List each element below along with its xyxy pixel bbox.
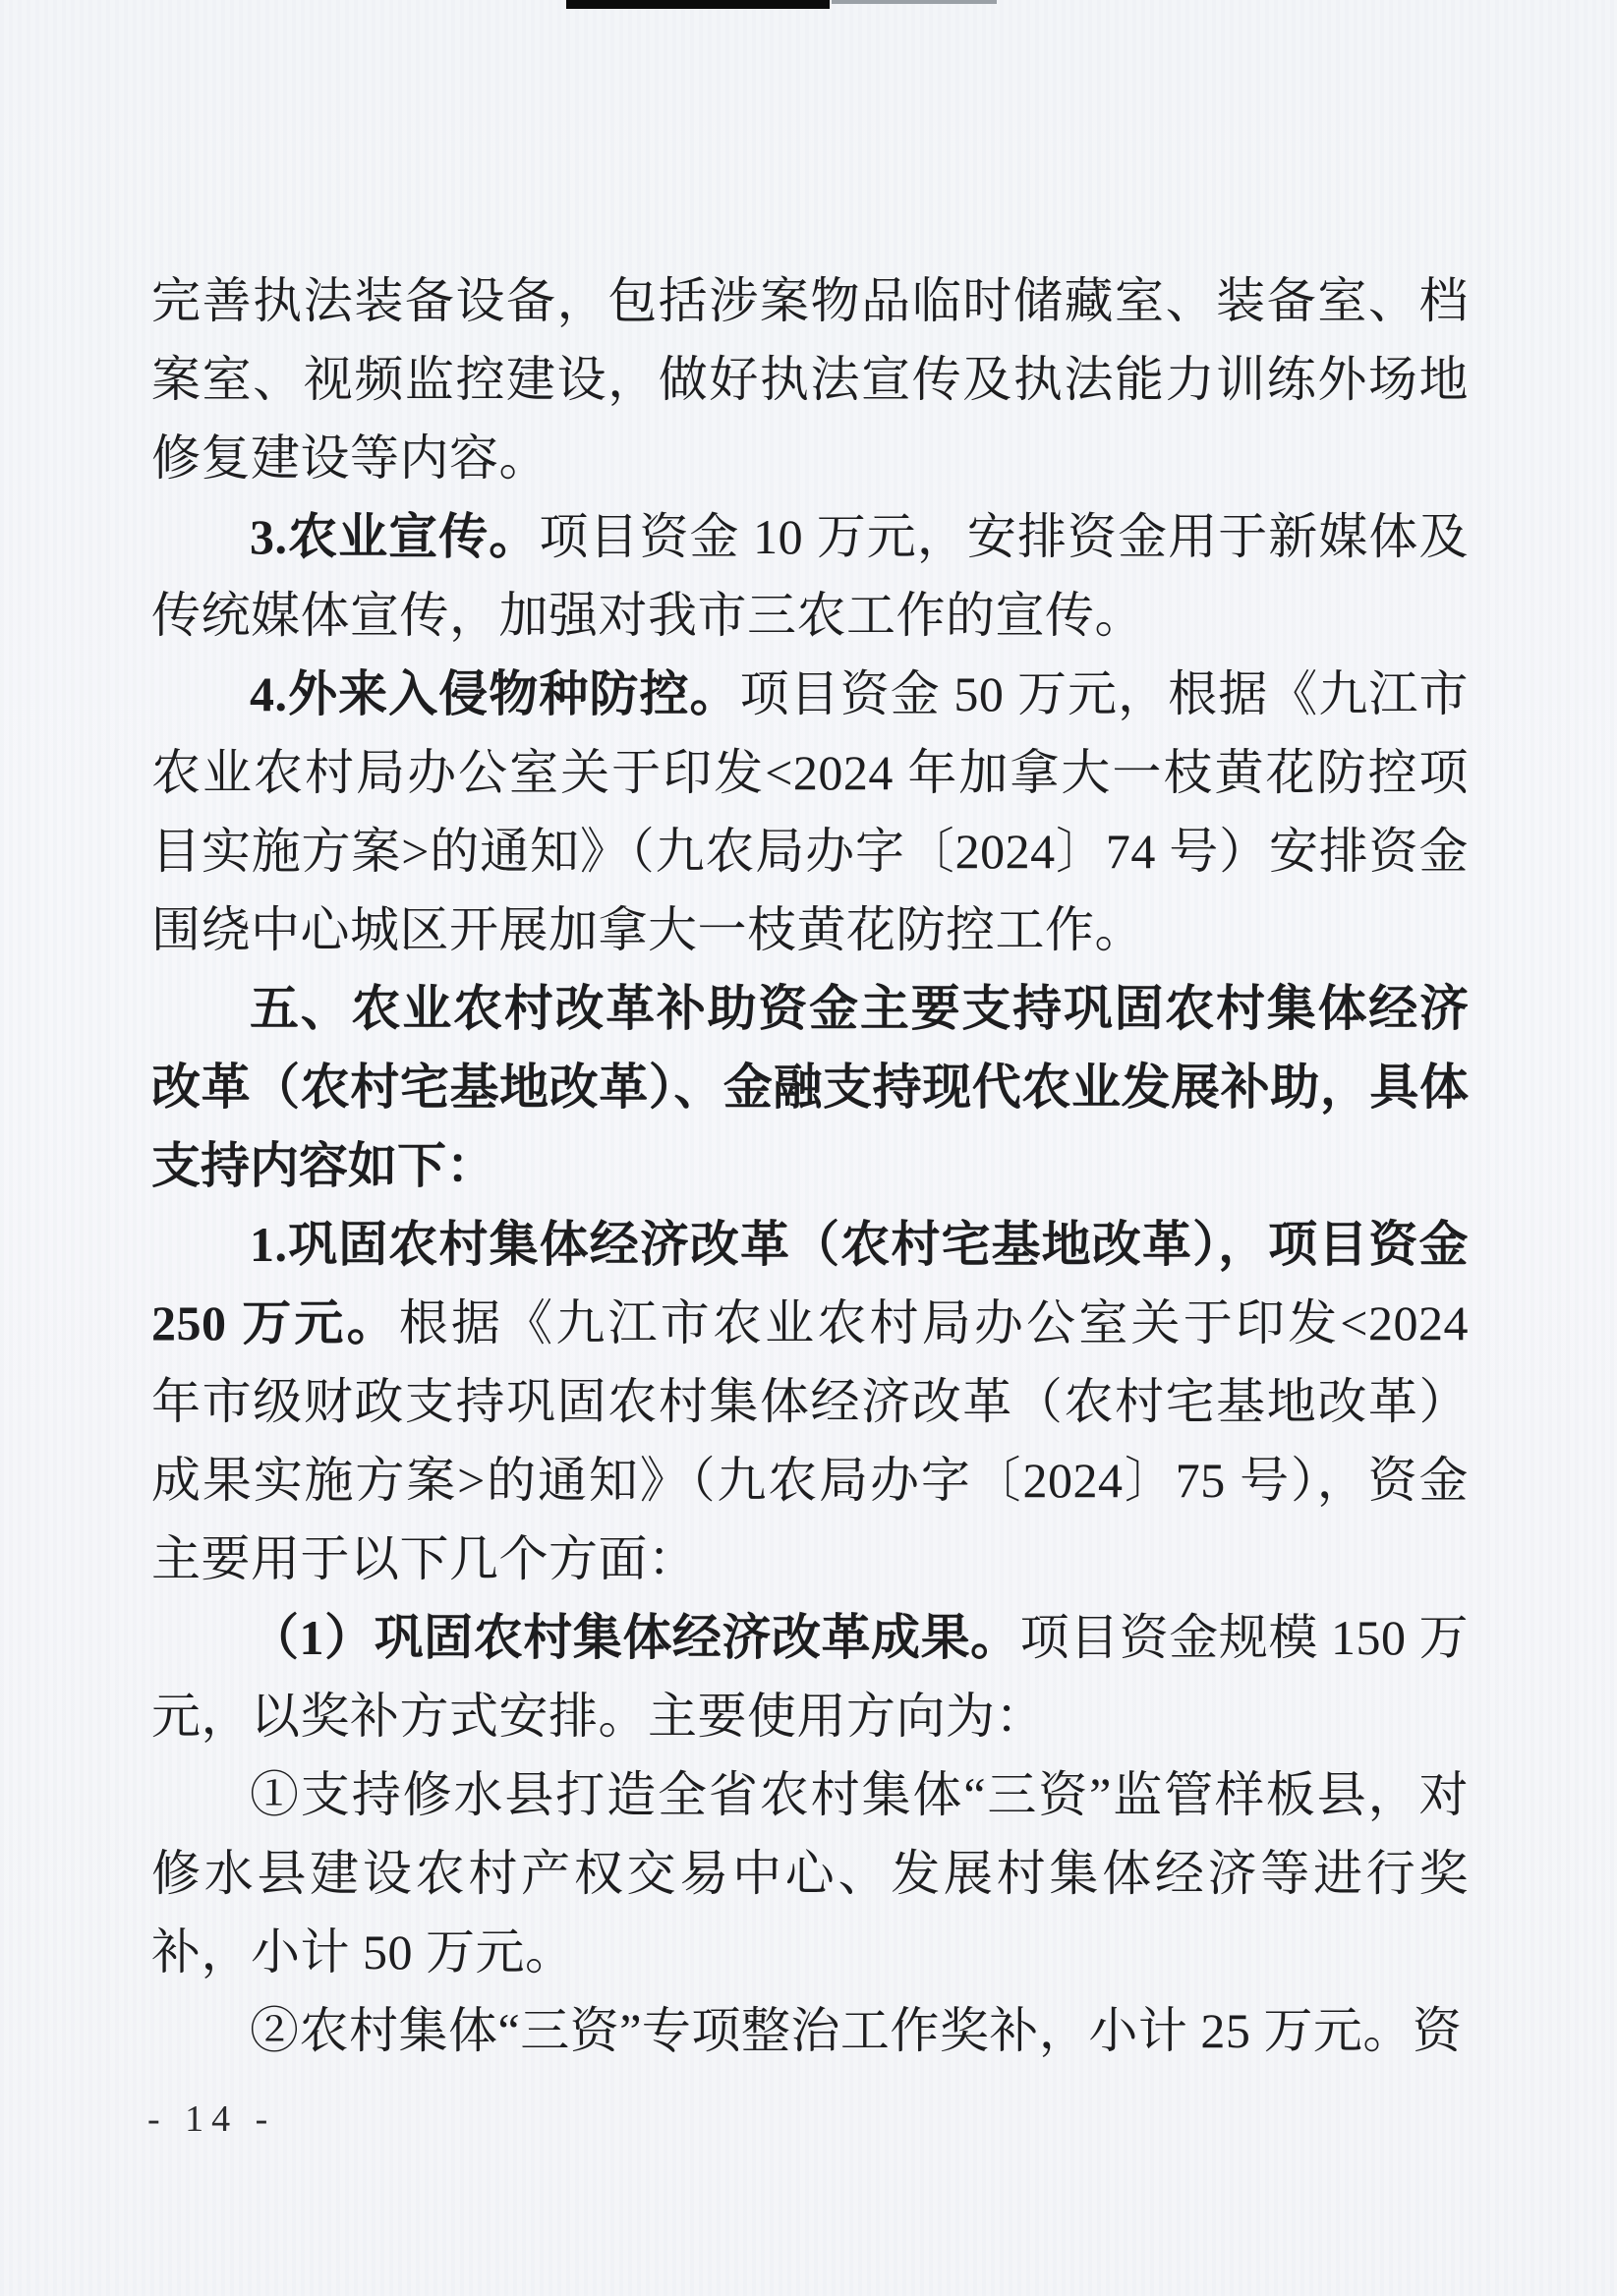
document-body: 完善执法装备设备，包括涉案物品临时储藏室、装备室、档案室、视频监控建设，做好执法… (151, 261, 1469, 2070)
text-run: ②农村集体“三资”专项整治工作奖补，小计 25 万元。资 (250, 2003, 1462, 2058)
scan-artifact-black-bar (566, 0, 830, 9)
text-run: 3.农业宣传。 (250, 509, 539, 564)
page-number: - 14 - (147, 2097, 275, 2141)
text-run: 4.外来入侵物种防控。 (250, 666, 740, 721)
paragraph: ②农村集体“三资”专项整治工作奖补，小计 25 万元。资 (151, 1991, 1469, 2070)
paragraph: （1）巩固农村集体经济改革成果。项目资金规模 150 万元，以奖补方式安排。主要… (151, 1598, 1469, 1755)
paragraph: 3.农业宣传。项目资金 10 万元，安排资金用于新媒体及传统媒体宣传，加强对我市… (151, 497, 1469, 655)
paragraph: ①支持修水县打造全省农村集体“三资”监管样板县，对修水县建设农村产权交易中心、发… (151, 1755, 1469, 1991)
text-run: （1）巩固农村集体经济改革成果。 (250, 1610, 1020, 1665)
text-run: ①支持修水县打造全省农村集体“三资”监管样板县，对修水县建设农村产权交易中心、发… (151, 1767, 1469, 1980)
paragraph: 完善执法装备设备，包括涉案物品临时储藏室、装备室、档案室、视频监控建设，做好执法… (151, 261, 1469, 497)
text-run: 五、农业农村改革补助资金主要支持巩固农村集体经济改革（农村宅基地改革）、金融支持… (151, 981, 1469, 1193)
paragraph: 五、农业农村改革补助资金主要支持巩固农村集体经济改革（农村宅基地改革）、金融支持… (151, 969, 1469, 1205)
text-run: 完善执法装备设备，包括涉案物品临时储藏室、装备室、档案室、视频监控建设，做好执法… (151, 273, 1469, 486)
scan-artifact-gray-bar (832, 0, 997, 4)
paragraph: 4.外来入侵物种防控。项目资金 50 万元，根据《九江市农业农村局办公室关于印发… (151, 655, 1469, 969)
paragraph: 1.巩固农村集体经济改革（农村宅基地改革），项目资金 250 万元。根据《九江市… (151, 1205, 1469, 1598)
